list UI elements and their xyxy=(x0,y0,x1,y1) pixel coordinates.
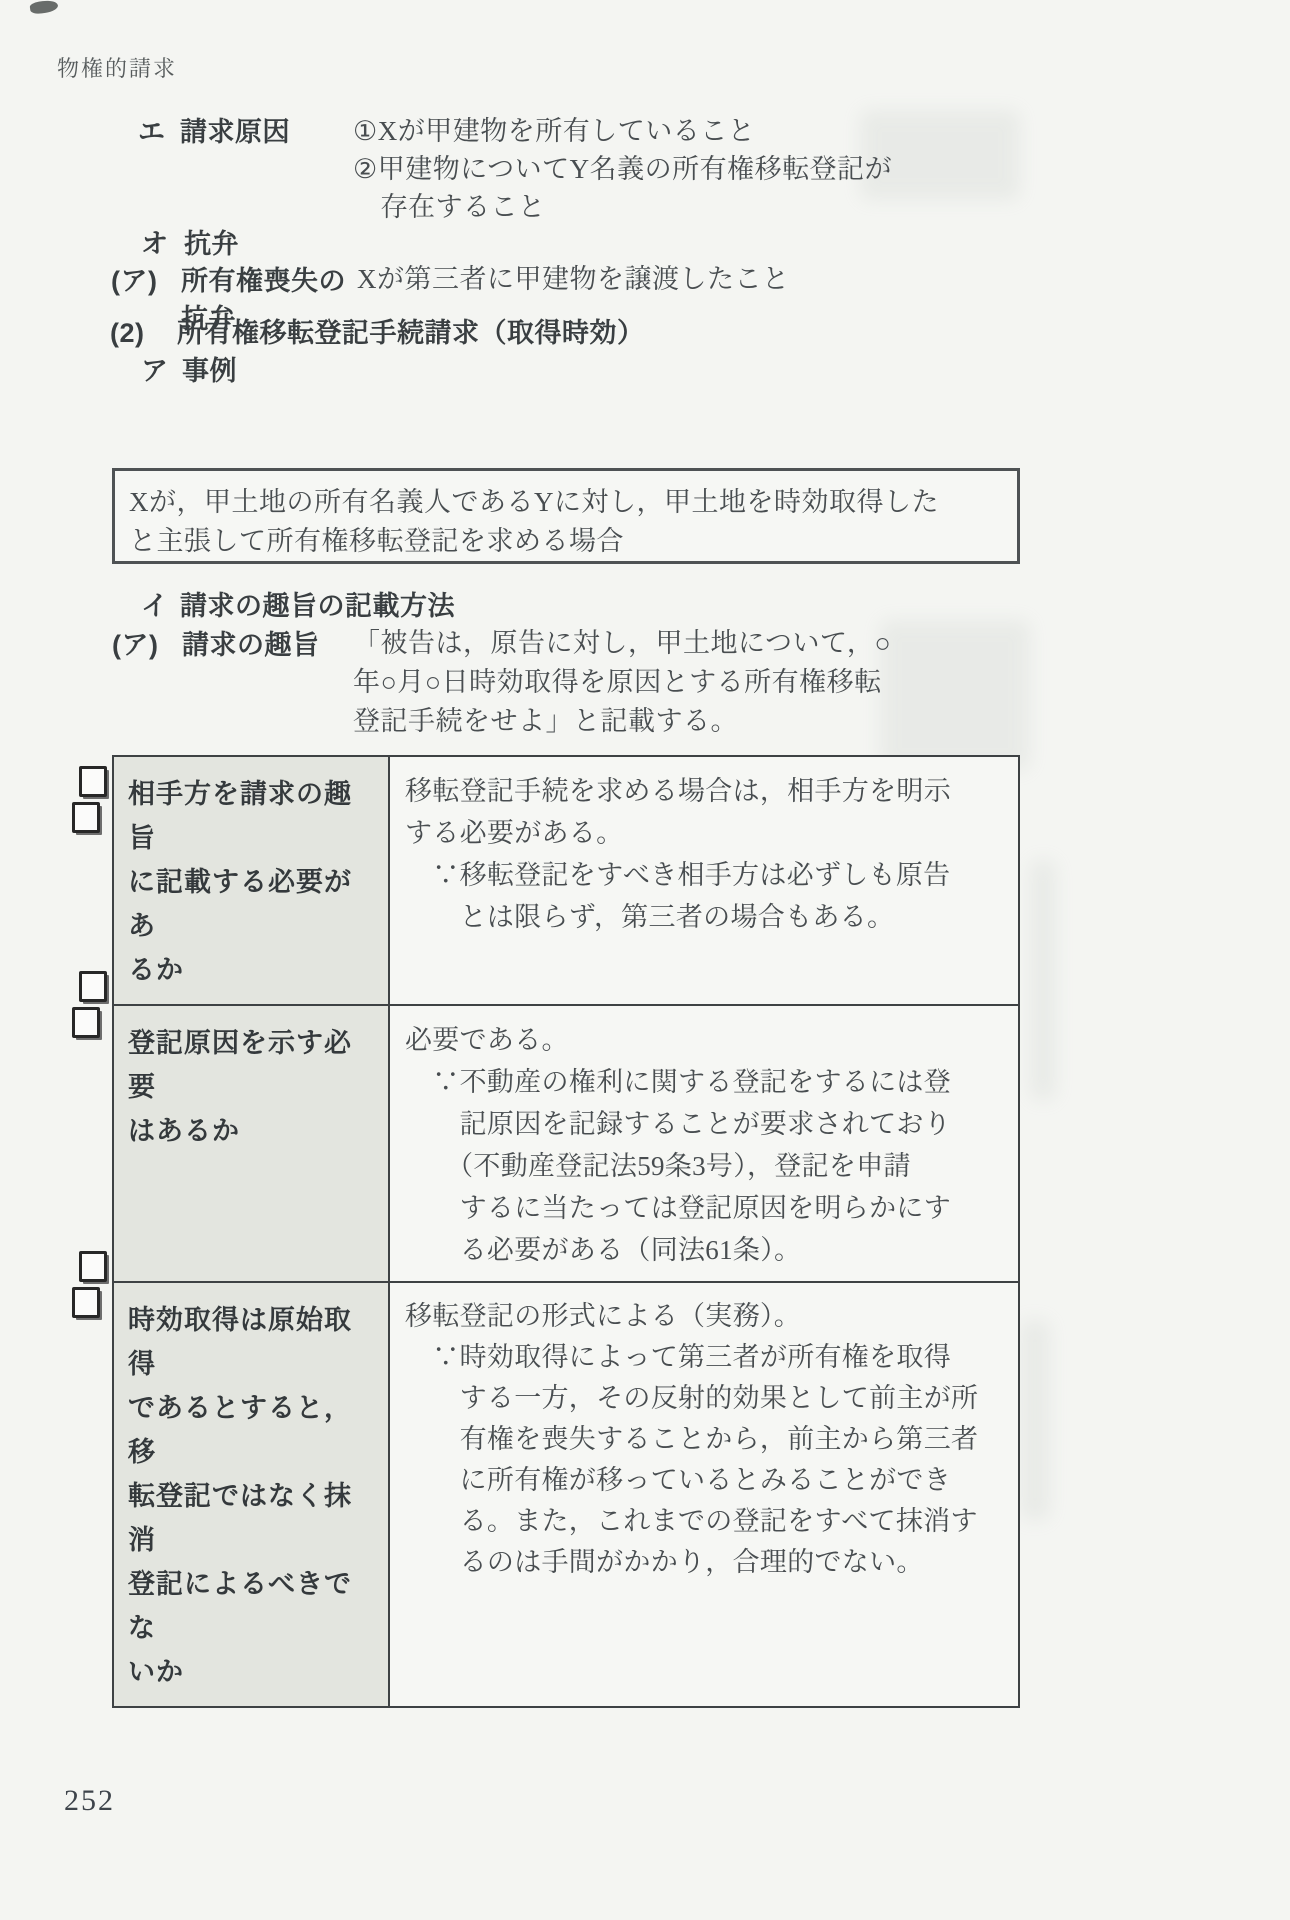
checkbox-icon xyxy=(72,1287,100,1318)
item-label-gist-of-claim: 請求の趣旨 xyxy=(182,626,320,664)
qa-table: 相手方を請求の趣旨 に記載する必要があ るか 移転登記手続を求める場合は，相手方… xyxy=(112,755,1020,1708)
checkbox-icon xyxy=(79,971,107,1002)
answer-cell: 必要である。 ∵不動産の権利に関する登記をするには登 記原因を記録することが要求… xyxy=(389,1005,1019,1282)
answer-cell: 移転登記手続を求める場合は，相手方を明示 する必要がある。 ∵移転登記をすべき相… xyxy=(389,756,1019,1005)
checkbox-icon xyxy=(72,1007,100,1038)
loss-of-ownership-content: Xが第三者に甲建物を譲渡したこと xyxy=(357,260,790,298)
bleed-through xyxy=(880,620,1030,770)
item-marker-e: エ xyxy=(138,113,166,151)
item-label-defense: 抗弁 xyxy=(184,225,239,263)
running-header: 物権的請求 xyxy=(57,52,177,83)
table-row: 相手方を請求の趣旨 に記載する必要があ るか 移転登記手続を求める場合は，相手方… xyxy=(113,756,1019,1005)
item-label-claim-cause: 請求原因 xyxy=(180,113,290,151)
table-row: 登記原因を示す必要 はあるか 必要である。 ∵不動産の権利に関する登記をするには… xyxy=(113,1005,1019,1282)
checkbox-icon xyxy=(79,766,107,797)
bleed-through xyxy=(1030,860,1056,1100)
gist-of-claim-content: 「被告は，原告に対し，甲土地について，○ 年○月○日時効取得を原因とする所有権移… xyxy=(353,624,891,741)
case-example-box: Xが，甲土地の所有名義人であるYに対し，甲土地を時効取得した と主張して所有権移… xyxy=(112,468,1020,564)
checkbox-icon xyxy=(79,1251,107,1282)
checkbox-icon xyxy=(72,802,100,833)
item-marker-i: イ xyxy=(141,587,169,625)
question-cell: 登記原因を示す必要 はあるか xyxy=(113,1005,389,1282)
question-cell: 時効取得は原始取得 であるとすると，移 転登記ではなく抹消 登記によるべきでな … xyxy=(113,1282,389,1707)
item-marker-2: (2) xyxy=(110,314,145,352)
item-label-how-to-write: 請求の趣旨の記載方法 xyxy=(180,587,455,625)
question-cell: 相手方を請求の趣旨 に記載する必要があ るか xyxy=(113,756,389,1005)
bleed-through xyxy=(1020,1320,1050,1520)
scan-smudge xyxy=(29,0,58,15)
item-marker-a1: (ア) xyxy=(111,262,157,300)
review-checkboxes-row1 xyxy=(76,766,116,836)
item-marker-a3: (ア) xyxy=(112,626,158,664)
item-marker-a2: ア xyxy=(141,352,169,390)
page-number: 252 xyxy=(64,1784,115,1818)
answer-cell: 移転登記の形式による（実務）。 ∵時効取得によって第三者が所有権を取得 する一方… xyxy=(389,1282,1019,1707)
item-marker-o: オ xyxy=(141,225,169,263)
table-row: 時効取得は原始取得 であるとすると，移 転登記ではなく抹消 登記によるべきでな … xyxy=(113,1282,1019,1707)
item-label-case: 事例 xyxy=(182,352,237,390)
case-example-text: Xが，甲土地の所有名義人であるYに対し，甲土地を時効取得した と主張して所有権移… xyxy=(129,483,1001,561)
review-checkboxes-row2 xyxy=(76,971,116,1041)
section-title-transfer-registration: 所有権移転登記手続請求（取得時効） xyxy=(177,314,645,352)
review-checkboxes-row3 xyxy=(76,1251,116,1321)
claim-cause-content: ①Xが甲建物を所有していること ②甲建物についてY名義の所有権移転登記が 存在す… xyxy=(353,112,892,226)
